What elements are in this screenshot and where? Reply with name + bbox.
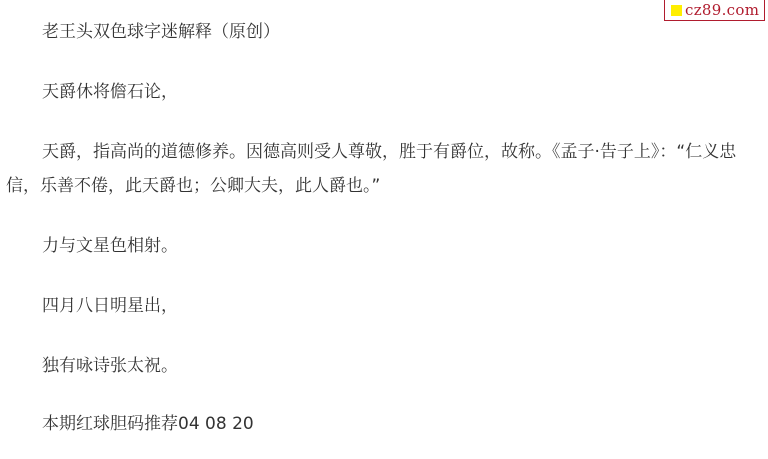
poem-line-2: 力与文星色相射。 <box>6 229 762 263</box>
recommendation-paragraph: 本期红球胆码推荐04 08 20 <box>6 407 762 441</box>
poem-line-3: 四月八日明星出， <box>6 289 762 323</box>
explanation-paragraph: 天爵，指高尚的道德修养。因德高则受人尊敬，胜于有爵位，故称。《孟子·告子上》：“… <box>6 135 762 203</box>
article-title-paragraph: 老王头双色球字迷解释（原创） <box>6 15 762 49</box>
yellow-square-icon <box>671 5 682 16</box>
poem-line-4: 独有咏诗张太祝。 <box>6 349 762 383</box>
poem-line-1: 天爵休将儋石论， <box>6 75 762 109</box>
